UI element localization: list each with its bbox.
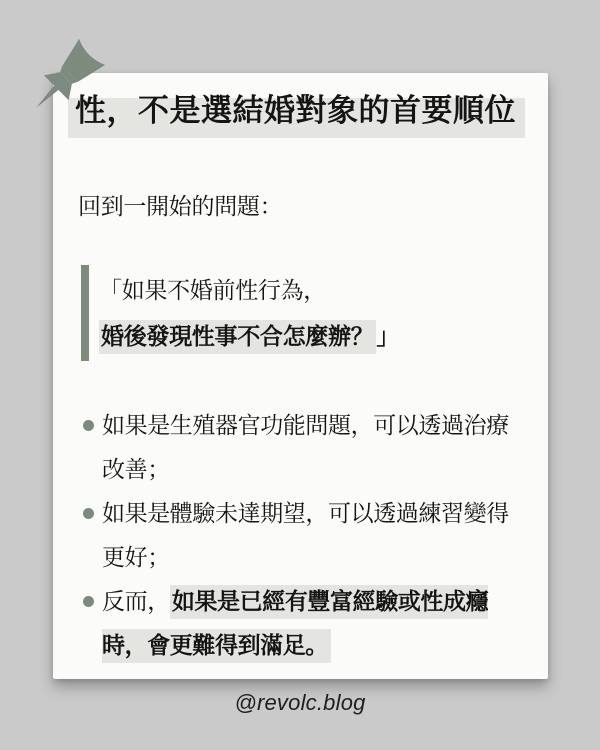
- quote-line-2: 婚後發現性事不合怎麼辦？」: [99, 313, 511, 359]
- post-background: 性，不是選結婚對象的首要順位 回到一開始的問題： 「如果不婚前性行為， 婚後發現…: [0, 0, 600, 750]
- bullet-list: 如果是生殖器官功能問題，可以透過治療 改善； 如果是體驗未達期望，可以透過練習變…: [83, 403, 538, 667]
- quote-highlight: 婚後發現性事不合怎麼辦？: [99, 320, 376, 354]
- bullet-item-2: 如果是體驗未達期望，可以透過練習變得 更好；: [83, 491, 538, 579]
- quote-line-1: 「如果不婚前性行為，: [99, 267, 511, 313]
- content-card: 性，不是選結婚對象的首要順位 回到一開始的問題： 「如果不婚前性行為， 婚後發現…: [53, 73, 548, 679]
- pushpin-icon: [22, 30, 114, 122]
- footer-handle: @revolc.blog: [0, 690, 600, 716]
- bullet-text: 反而，: [102, 588, 170, 614]
- bullet-text: 如果是生殖器官功能問題，可以透過治療 改善；: [102, 412, 509, 482]
- post-title: 性，不是選結婚對象的首要順位: [75, 93, 545, 129]
- quote-block: 「如果不婚前性行為， 婚後發現性事不合怎麼辦？」: [81, 265, 511, 361]
- intro-text: 回到一開始的問題：: [78, 191, 282, 221]
- quote-close-bracket: 」: [376, 323, 399, 349]
- bullet-item-1: 如果是生殖器官功能問題，可以透過治療 改善；: [83, 403, 538, 491]
- bullet-text: 如果是體驗未達期望，可以透過練習變得 更好；: [102, 500, 509, 570]
- bullet-item-3: 反而，如果是已經有豐富經驗或性成癮 時，會更難得到滿足。: [83, 579, 538, 667]
